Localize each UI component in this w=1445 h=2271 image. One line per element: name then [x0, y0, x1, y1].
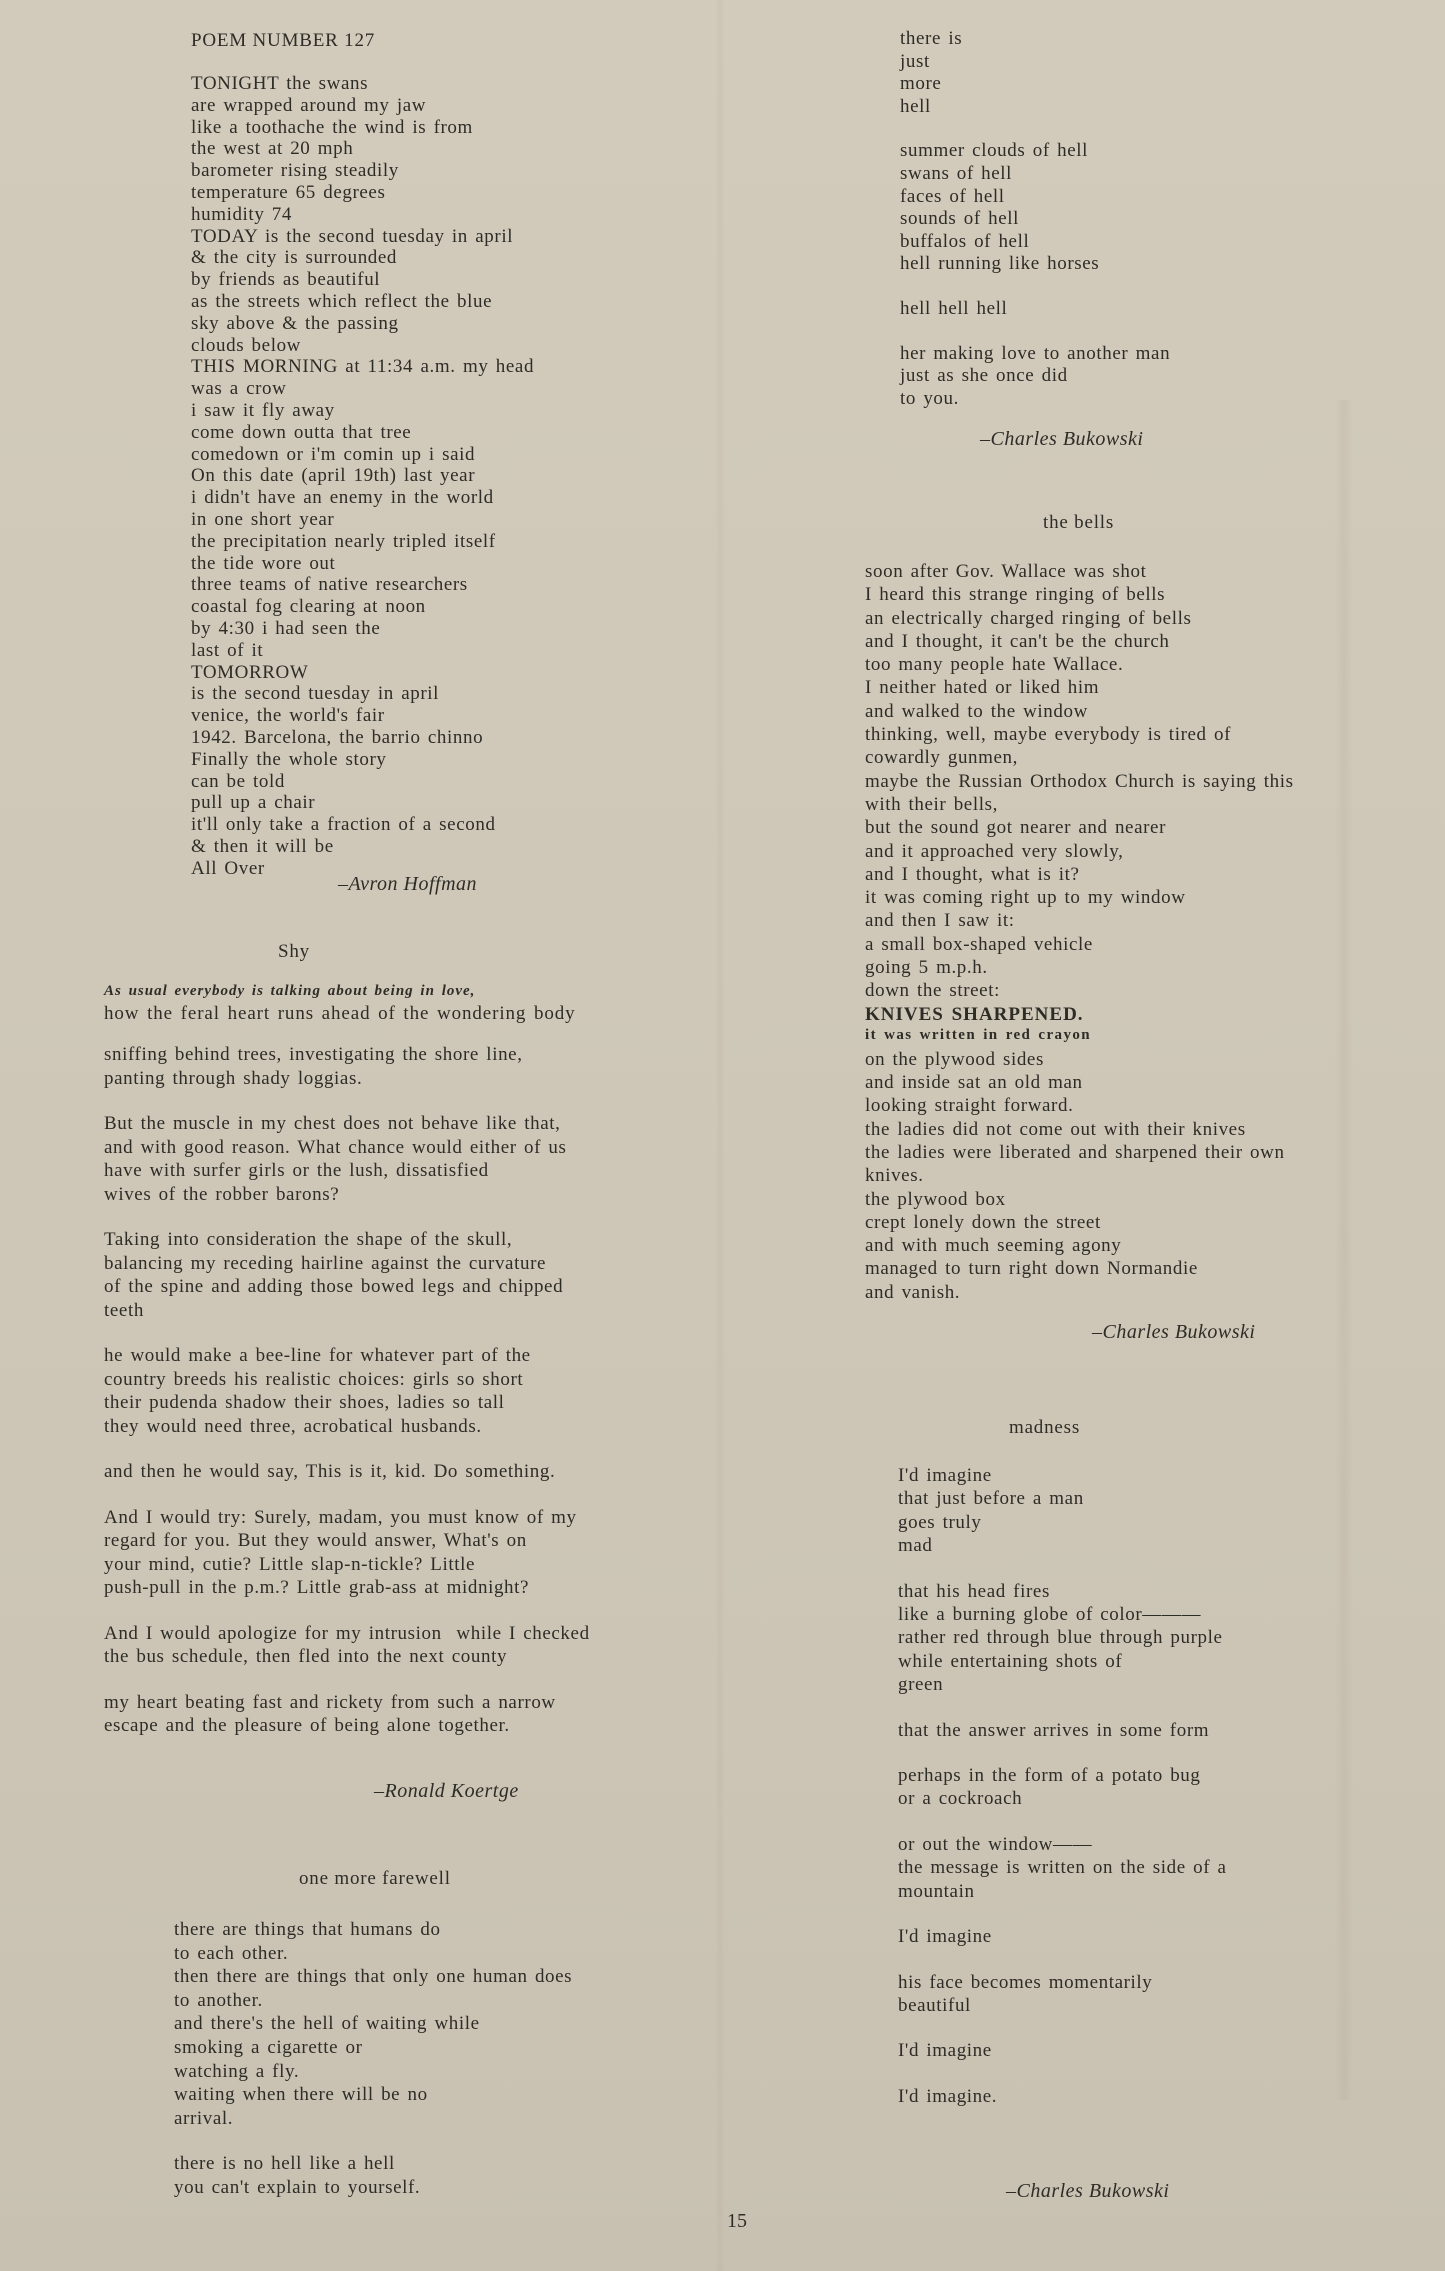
poem-line: On this date (april 19th) last year: [191, 465, 534, 487]
stanza-break: [898, 2063, 1227, 2085]
poem-line: I'd imagine: [898, 1925, 1227, 1948]
poem-line: last of it: [191, 640, 534, 662]
poem-line: it'll only take a fraction of a second: [191, 814, 534, 836]
poem-line: and with much seeming agony: [865, 1234, 1294, 1257]
stanza: his face becomes momentarilybeautiful: [898, 1971, 1227, 2018]
poem-line: and there's the hell of waiting while: [174, 2012, 572, 2036]
poem-line: and I thought, it can't be the church: [865, 630, 1294, 653]
poem-line: the tide wore out: [191, 553, 534, 575]
stanza-break: [104, 1090, 590, 1112]
stanza: I'd imagine: [898, 1925, 1227, 1948]
page-number: 15: [727, 2210, 747, 2233]
poem-line: by 4:30 i had seen the: [191, 618, 534, 640]
poem-line: and I thought, what is it?: [865, 863, 1294, 886]
stanza: Taking into consideration the shape of t…: [104, 1228, 590, 1322]
stanza: he would make a bee-line for whatever pa…: [104, 1344, 590, 1438]
poem-line: barometer rising steadily: [191, 160, 534, 182]
poem-line: there is: [900, 28, 1170, 51]
poem-line: humidity 74: [191, 204, 534, 226]
poem-line: your mind, cutie? Little slap-n-tickle? …: [104, 1553, 590, 1577]
poem-line: Finally the whole story: [191, 749, 534, 771]
poem-line: hell running like horses: [900, 253, 1170, 276]
stanza: I'd imagine.: [898, 2085, 1227, 2108]
poem-line: the west at 20 mph: [191, 138, 534, 160]
stanza-break: [900, 118, 1170, 140]
stanza-break: [104, 1438, 590, 1460]
poem-line: waiting when there will be no: [174, 2083, 572, 2107]
poem-line: hell: [900, 96, 1170, 119]
poem-line: I'd imagine.: [898, 2085, 1227, 2108]
poem-line: coastal fog clearing at noon: [191, 596, 534, 618]
stanza: that the answer arrives in some form: [898, 1719, 1227, 1742]
stanza-break: [900, 321, 1170, 343]
poem-line: was a crow: [191, 378, 534, 400]
one-more-farewell-author: –Charles Bukowski: [980, 428, 1144, 451]
poem-line: pull up a chair: [191, 792, 534, 814]
poem-line: & then it will be: [191, 836, 534, 858]
stanza: hell hell hell: [900, 298, 1170, 321]
poem-line: and walked to the window: [865, 700, 1294, 723]
stanza-break: [104, 1669, 590, 1691]
stanza: perhaps in the form of a potato bugor a …: [898, 1764, 1227, 1811]
stanza: her making love to another manjust as sh…: [900, 343, 1170, 411]
poem-line: and then I saw it:: [865, 909, 1294, 932]
poem-line: her making love to another man: [900, 343, 1170, 366]
poem-line: of the spine and adding those bowed legs…: [104, 1275, 590, 1299]
stanza: my heart beating fast and rickety from s…: [104, 1691, 590, 1738]
stanza: and then he would say, This is it, kid. …: [104, 1460, 590, 1484]
poem-line: that the answer arrives in some form: [898, 1719, 1227, 1742]
poem-line: and with good reason. What chance would …: [104, 1136, 590, 1160]
poem-line: sounds of hell: [900, 208, 1170, 231]
poem-line: as the streets which reflect the blue: [191, 291, 534, 313]
stanza-break: [898, 1949, 1227, 1971]
poem-line: mountain: [898, 1880, 1227, 1903]
madness-body: I'd imaginethat just before a mangoes tr…: [898, 1464, 1227, 2108]
poem-line: to you.: [900, 388, 1170, 411]
poem-line: 1942. Barcelona, the barrio chinno: [191, 727, 534, 749]
poem-line: to another.: [174, 1989, 572, 2013]
poem-line: push-pull in the p.m.? Little grab-ass a…: [104, 1576, 590, 1600]
poem-127-title: POEM NUMBER 127: [191, 30, 375, 52]
shy-intro: As usual everybody is talking about bein…: [104, 982, 576, 1026]
poem-line: on the plywood sides: [865, 1048, 1294, 1071]
poem-line: is the second tuesday in april: [191, 683, 534, 705]
poem-line: there is no hell like a hell: [174, 2152, 572, 2176]
poem-line: TOMORROW: [191, 662, 534, 684]
poem-line: smoking a cigarette or: [174, 2036, 572, 2060]
poem-line: you can't explain to yourself.: [174, 2176, 572, 2200]
poem-line: And I would apologize for my intrusion w…: [104, 1622, 590, 1646]
poem-line: I heard this strange ringing of bells: [865, 583, 1294, 606]
poem-line: but the sound got nearer and nearer: [865, 816, 1294, 839]
stanza: that his head fireslike a burning globe …: [898, 1580, 1227, 1697]
poem-line: knives.: [865, 1164, 1294, 1187]
poem-line: and then he would say, This is it, kid. …: [104, 1460, 590, 1484]
poem-line: the ladies were liberated and sharpened …: [865, 1141, 1294, 1164]
stanza-break: [898, 1697, 1227, 1719]
poem-line: an electrically charged ringing of bells: [865, 607, 1294, 630]
poem-line: balancing my receding hairline against t…: [104, 1252, 590, 1276]
poem-line: looking straight forward.: [865, 1094, 1294, 1117]
poem-line: venice, the world's fair: [191, 705, 534, 727]
poem-line: panting through shady loggias.: [104, 1067, 590, 1091]
poem-line: arrival.: [174, 2107, 572, 2131]
poem-line: and inside sat an old man: [865, 1071, 1294, 1094]
madness-title: madness: [1009, 1417, 1080, 1439]
poem-line: TODAY is the second tuesday in april: [191, 226, 534, 248]
stanza-break: [104, 1600, 590, 1622]
poem-line: my heart beating fast and rickety from s…: [104, 1691, 590, 1715]
poem-line: green: [898, 1673, 1227, 1696]
poem-line: But the muscle in my chest does not beha…: [104, 1112, 590, 1136]
red-crayon-line: it was written in red crayon: [865, 1026, 1294, 1048]
poem-line: crept lonely down the street: [865, 1211, 1294, 1234]
poem-line: I'd imagine: [898, 1464, 1227, 1487]
poem-line: sky above & the passing: [191, 313, 534, 335]
poem-line: clouds below: [191, 335, 534, 357]
poem-line: I'd imagine: [898, 2039, 1227, 2062]
poem-line: temperature 65 degrees: [191, 182, 534, 204]
shy-author: –Ronald Koertge: [374, 1780, 519, 1803]
poem-line: then there are things that only one huma…: [174, 1965, 572, 1989]
poem-line: watching a fly.: [174, 2060, 572, 2084]
poem-line: faces of hell: [900, 186, 1170, 209]
ink-bleed-through: [1335, 400, 1353, 2100]
poem-line: it was coming right up to my window: [865, 886, 1294, 909]
poem-line: cowardly gunmen,: [865, 746, 1294, 769]
poem-line: he would make a bee-line for whatever pa…: [104, 1344, 590, 1368]
poem-line: goes truly: [898, 1511, 1227, 1534]
poem-line: TONIGHT the swans: [191, 73, 534, 95]
poem-line: and vanish.: [865, 1281, 1294, 1304]
shy-title: Shy: [278, 941, 310, 963]
poem-127-body: TONIGHT the swansare wrapped around my j…: [191, 73, 534, 879]
stanza-break: [898, 1811, 1227, 1833]
stanza-break: [104, 1484, 590, 1506]
poem-line: three teams of native researchers: [191, 574, 534, 596]
stanza: I'd imagine: [898, 2039, 1227, 2062]
poem-line: that his head fires: [898, 1580, 1227, 1603]
knives-sharpened-line: KNIVES SHARPENED.: [865, 1003, 1294, 1026]
poem-line: sniffing behind trees, investigating the…: [104, 1043, 590, 1067]
poem-line: the precipitation nearly tripled itself: [191, 531, 534, 553]
poem-line: maybe the Russian Orthodox Church is say…: [865, 770, 1294, 793]
stanza-break: [900, 276, 1170, 298]
poem-line: wives of the robber barons?: [104, 1183, 590, 1207]
poem-line: with their bells,: [865, 793, 1294, 816]
stanza-break: [104, 1322, 590, 1344]
poem-line: there are things that humans do: [174, 1918, 572, 1942]
poem-line: and it approached very slowly,: [865, 840, 1294, 863]
poem-line: country breeds his realistic choices: gi…: [104, 1368, 590, 1392]
the-bells-title: the bells: [1043, 512, 1114, 534]
stanza: there is no hell like a hellyou can't ex…: [174, 2152, 572, 2199]
stanza: And I would apologize for my intrusion w…: [104, 1622, 590, 1669]
madness-author: –Charles Bukowski: [1006, 2180, 1170, 2203]
page-fold-shadow: [715, 0, 725, 2271]
stanza: there are things that humans doto each o…: [174, 1918, 572, 2130]
poem-line: are wrapped around my jaw: [191, 95, 534, 117]
poem-line: the plywood box: [865, 1188, 1294, 1211]
poem-line: soon after Gov. Wallace was shot: [865, 560, 1294, 583]
stanza-break: [174, 2130, 572, 2152]
stanza-break: [898, 2017, 1227, 2039]
stanza: there isjustmorehell: [900, 28, 1170, 118]
poem-line: escape and the pleasure of being alone t…: [104, 1714, 590, 1738]
poem-line: down the street:: [865, 979, 1294, 1002]
poem-line: comedown or i'm comin up i said: [191, 444, 534, 466]
poem-line: swans of hell: [900, 163, 1170, 186]
poem-line: have with surfer girls or the lush, diss…: [104, 1159, 590, 1183]
stanza: or out the window——the message is writte…: [898, 1833, 1227, 1903]
poem-line: they would need three, acrobatical husba…: [104, 1415, 590, 1439]
poem-line: more: [900, 73, 1170, 96]
poem-line: And I would try: Surely, madam, you must…: [104, 1506, 590, 1530]
poem-line: to each other.: [174, 1942, 572, 1966]
poem-line: going 5 m.p.h.: [865, 956, 1294, 979]
poem-line: regard for you. But they would answer, W…: [104, 1529, 590, 1553]
poem-line: like a toothache the wind is from: [191, 117, 534, 139]
poem-line: their pudenda shadow their shoes, ladies…: [104, 1391, 590, 1415]
stanza: I'd imaginethat just before a mangoes tr…: [898, 1464, 1227, 1558]
poem-line: can be told: [191, 771, 534, 793]
poem-line: buffalos of hell: [900, 231, 1170, 254]
poem-line: mad: [898, 1534, 1227, 1557]
shy-body: sniffing behind trees, investigating the…: [104, 1043, 590, 1738]
poem-line: i saw it fly away: [191, 400, 534, 422]
poem-line: the message is written on the side of a: [898, 1856, 1227, 1879]
stanza: summer clouds of hellswans of hellfaces …: [900, 140, 1170, 276]
poem-line: his face becomes momentarily: [898, 1971, 1227, 1994]
poem-line: a small box-shaped vehicle: [865, 933, 1294, 956]
poem-line: just as she once did: [900, 365, 1170, 388]
stanza-break: [898, 1742, 1227, 1764]
poem-line: in one short year: [191, 509, 534, 531]
poem-line: beautiful: [898, 1994, 1227, 2017]
poem-line: thinking, well, maybe everybody is tired…: [865, 723, 1294, 746]
poem-line: rather red through blue through purple: [898, 1626, 1227, 1649]
shy-intro-line-1: As usual everybody is talking about bein…: [104, 982, 576, 1004]
poem-line: or a cockroach: [898, 1787, 1227, 1810]
poem-line: that just before a man: [898, 1487, 1227, 1510]
poem-line: perhaps in the form of a potato bug: [898, 1764, 1227, 1787]
stanza-break: [104, 1206, 590, 1228]
one-more-farewell-title: one more farewell: [299, 1868, 451, 1890]
poem-line: the ladies did not come out with their k…: [865, 1118, 1294, 1141]
poem-line: Taking into consideration the shape of t…: [104, 1228, 590, 1252]
one-more-farewell-continued: there isjustmorehellsummer clouds of hel…: [900, 28, 1170, 410]
the-bells-body: soon after Gov. Wallace was shotI heard …: [865, 560, 1294, 1304]
stanza-break: [898, 1903, 1227, 1925]
poem-line: i didn't have an enemy in the world: [191, 487, 534, 509]
poem-line: just: [900, 51, 1170, 74]
poem-line: while entertaining shots of: [898, 1650, 1227, 1673]
poem-line: or out the window——: [898, 1833, 1227, 1856]
poem-line: too many people hate Wallace.: [865, 653, 1294, 676]
stanza: And I would try: Surely, madam, you must…: [104, 1506, 590, 1600]
shy-intro-line-2: how the feral heart runs ahead of the wo…: [104, 1004, 576, 1026]
stanza-break: [898, 1558, 1227, 1580]
poem-line: teeth: [104, 1299, 590, 1323]
poem-line: managed to turn right down Normandie: [865, 1257, 1294, 1280]
poem-line: by friends as beautiful: [191, 269, 534, 291]
stanza: But the muscle in my chest does not beha…: [104, 1112, 590, 1206]
poem-line: the bus schedule, then fled into the nex…: [104, 1645, 590, 1669]
stanza: sniffing behind trees, investigating the…: [104, 1043, 590, 1090]
poem-line: I neither hated or liked him: [865, 676, 1294, 699]
poem-127-author: –Avron Hoffman: [338, 873, 477, 896]
poem-line: & the city is surrounded: [191, 247, 534, 269]
poem-line: like a burning globe of color———: [898, 1603, 1227, 1626]
poem-line: THIS MORNING at 11:34 a.m. my head: [191, 356, 534, 378]
poem-line: come down outta that tree: [191, 422, 534, 444]
the-bells-author: –Charles Bukowski: [1092, 1321, 1256, 1344]
poem-line: summer clouds of hell: [900, 140, 1170, 163]
one-more-farewell-body: there are things that humans doto each o…: [174, 1918, 572, 2200]
poem-line: hell hell hell: [900, 298, 1170, 321]
